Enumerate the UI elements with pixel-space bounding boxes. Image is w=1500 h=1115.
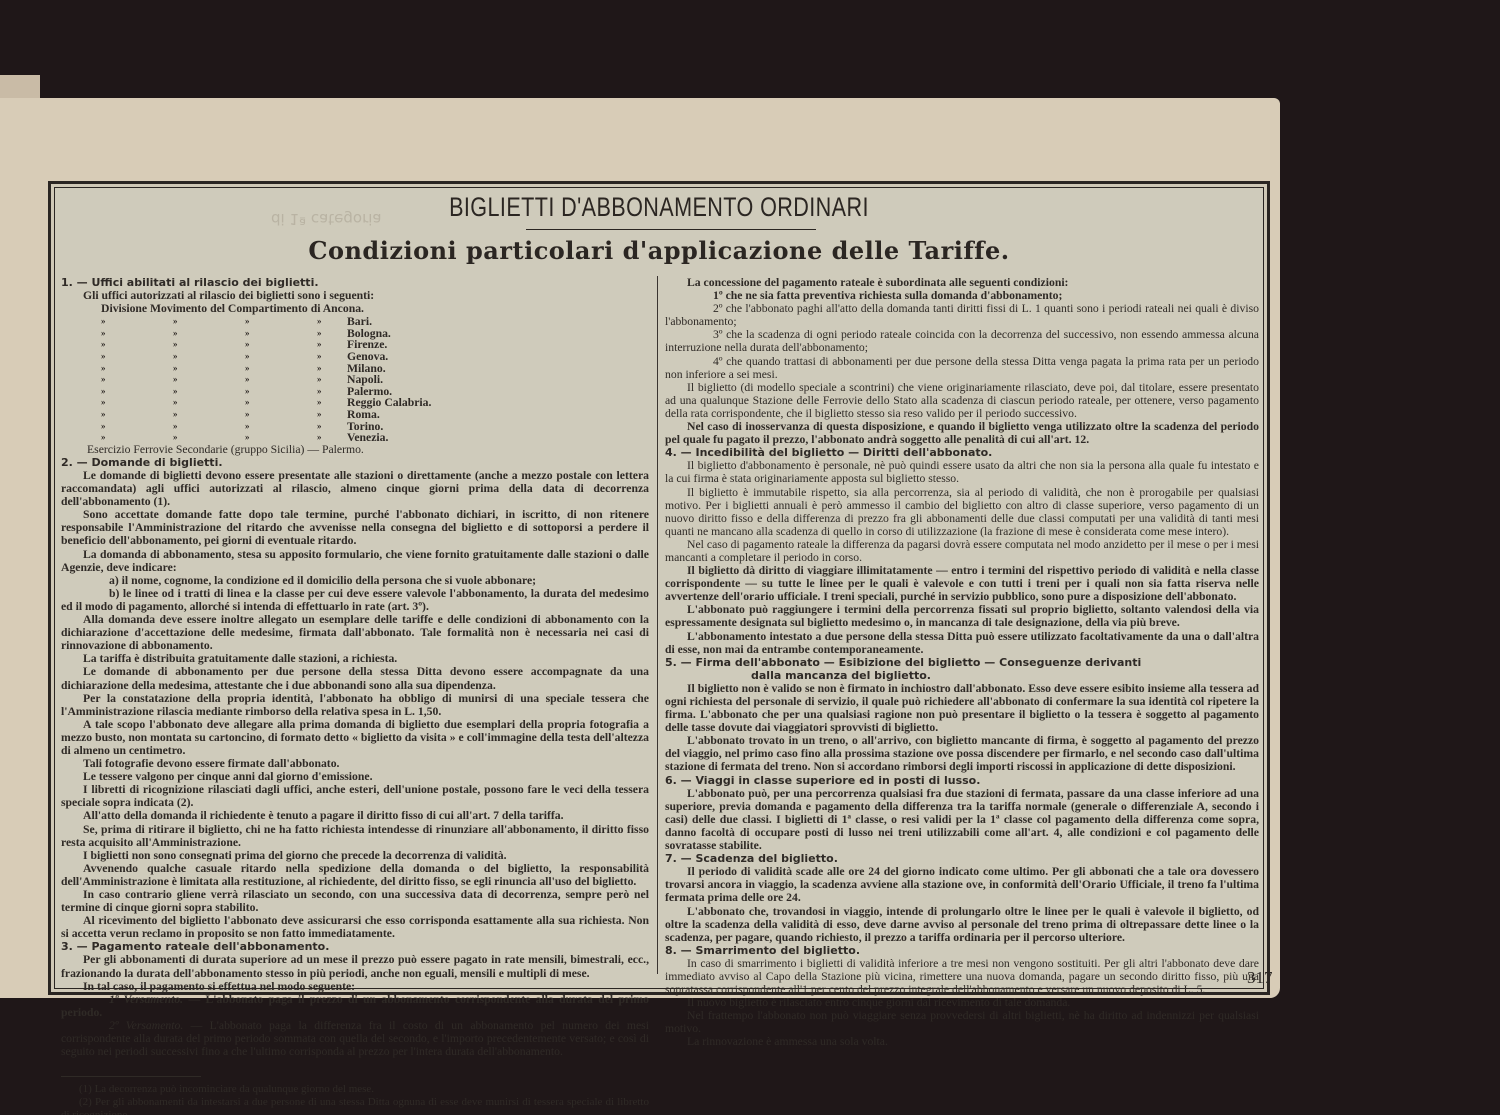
office-row: »»»»Bari.	[101, 315, 649, 327]
paragraph: La tariffa è distribuita gratuitamente d…	[61, 652, 649, 665]
office-row: »»»»Torino.	[101, 420, 649, 432]
page-frame: di 1ª categoria BIGLIETTI D'ABBONAMENTO …	[48, 181, 1270, 995]
paragraph: Nel caso di pagamento rateale la differe…	[665, 538, 1259, 564]
section-heading: 5. — Firma dell'abbonato — Esibizione de…	[665, 656, 1259, 669]
paragraph: Tali fotografie devono essere firmate da…	[61, 757, 649, 770]
paragraph: 2º Versamento. — L'abbonato paga la diff…	[61, 1019, 649, 1058]
section-heading: 6. — Viaggi in classe superiore ed in po…	[665, 774, 1259, 787]
paragraph: La rinnovazione è ammessa una sola volta…	[665, 1035, 1259, 1048]
paragraph: Alla domanda deve essere inoltre allegat…	[61, 613, 649, 652]
paragraph: Nel caso di inosservanza di questa dispo…	[665, 420, 1259, 446]
office-row: »»»»Venezia.	[101, 431, 649, 443]
office-row: »»»»Napoli.	[101, 373, 649, 385]
office-list: »»»»Bari. »»»»Bologna. »»»»Firenze. »»»»…	[101, 315, 649, 443]
left-column: 1. — Uffici abilitati al rilascio dei bi…	[61, 276, 649, 1115]
paragraph: A tale scopo l'abbonato deve allegare al…	[61, 718, 649, 757]
paragraph: Se, prima di ritirare il biglietto, chi …	[61, 823, 649, 849]
paragraph: I libretti di ricognizione rilasciati da…	[61, 783, 649, 809]
title-rule	[526, 229, 816, 230]
office-row: »»»»Milano.	[101, 362, 649, 374]
paragraph: Sono accettate domande fatte dopo tale t…	[61, 508, 649, 547]
paragraph: Al ricevimento del biglietto l'abbonato …	[61, 914, 649, 940]
paragraph: Esercizio Ferrovie Secondarie (gruppo Si…	[61, 443, 649, 456]
office-row: »»»»Firenze.	[101, 338, 649, 350]
section-heading: 4. — Incedibilità del biglietto — Diritt…	[665, 446, 1259, 459]
paragraph: Avvenendo qualche casuale ritardo nella …	[61, 862, 649, 888]
paragraph: Il periodo di validità scade alle ore 24…	[665, 865, 1259, 904]
footnote: (1) La decorrenza può incominciare da qu…	[61, 1083, 649, 1096]
paragraph: In caso di smarrimento i biglietti di va…	[665, 957, 1259, 996]
list-item: 2º che l'abbonato paghi all'atto della d…	[665, 302, 1259, 328]
paragraph: Le tessere valgono per cinque anni dal g…	[61, 770, 649, 783]
office-row: »»»»Palermo.	[101, 385, 649, 397]
paragraph: L'abbonato trovato in un treno, o all'ar…	[665, 734, 1259, 773]
list-item: 3º che la scadenza di ogni periodo ratea…	[665, 328, 1259, 354]
column-divider	[657, 276, 658, 974]
paragraph: Il biglietto (di modello speciale a scon…	[665, 381, 1259, 420]
section-heading: 1. — Uffici abilitati al rilascio dei bi…	[61, 276, 649, 289]
section-heading-continued: dalla mancanza del biglietto.	[751, 669, 1259, 682]
list-item: a) il nome, cognome, la condizione ed il…	[61, 574, 649, 587]
paragraph: La domanda di abbonamento, stesa su appo…	[61, 548, 649, 574]
office-row: »»»»Reggio Calabria.	[101, 396, 649, 408]
paragraph: Per la constatazione della propria ident…	[61, 692, 649, 718]
office-row: »»»»Roma.	[101, 408, 649, 420]
right-column: La concessione del pagamento rateale è s…	[665, 276, 1259, 1049]
paragraph: Per gli abbonamenti di durata superiore …	[61, 953, 649, 979]
paragraph: In tal caso, il pagamento si effettua ne…	[61, 980, 649, 993]
paragraph: Il biglietto è immutabile rispetto, sia …	[665, 486, 1259, 538]
paragraph: L'abbonato che, trovandosi in viaggio, i…	[665, 905, 1259, 944]
paragraph: Il biglietto d'abbonamento è personale, …	[665, 459, 1259, 485]
paragraph: I biglietti non sono consegnati prima de…	[61, 849, 649, 862]
paragraph: L'abbonato può raggiungere i termini del…	[665, 603, 1259, 629]
paragraph: La concessione del pagamento rateale è s…	[665, 276, 1259, 289]
office-row: »»»»Bologna.	[101, 327, 649, 339]
book-page: di 1ª categoria BIGLIETTI D'ABBONAMENTO …	[0, 98, 1280, 998]
paragraph: Gli uffici autorizzati al rilascio dei b…	[61, 289, 649, 302]
paragraph: Le domande di biglietti devono essere pr…	[61, 469, 649, 508]
list-item: b) le linee od i tratti di linea e la cl…	[61, 587, 649, 613]
footnote: (2) Per gli abbonamenti da intestarsi a …	[61, 1096, 649, 1115]
section-heading: 2. — Domande di biglietti.	[61, 456, 649, 469]
office-row: »»»»Genova.	[101, 350, 649, 362]
footnote-rule	[61, 1076, 201, 1077]
paragraph: Il biglietto dà diritto di viaggiare ill…	[665, 564, 1259, 603]
page-number: 317	[1247, 968, 1273, 988]
paragraph: Nel frattempo l'abbonato non può viaggia…	[665, 1009, 1259, 1035]
paragraph: L'abbonato può, per una percorrenza qual…	[665, 787, 1259, 852]
paragraph: Il nuovo biglietto è rilasciato entro ci…	[665, 996, 1259, 1009]
page-title: BIGLIETTI D'ABBONAMENTO ORDINARI	[181, 192, 1138, 223]
paragraph: In caso contrario gliene verrà rilasciat…	[61, 888, 649, 914]
list-item: 1º che ne sia fatta preventiva richiesta…	[665, 289, 1259, 302]
paragraph: Il biglietto non è valido se non è firma…	[665, 682, 1259, 734]
paragraph: Divisione Movimento del Compartimento di…	[61, 302, 649, 315]
paragraph: All'atto della domanda il richiedente è …	[61, 809, 649, 822]
section-heading: 3. — Pagamento rateale dell'abbonamento.	[61, 940, 649, 953]
section-heading: 8. — Smarrimento del biglietto.	[665, 944, 1259, 957]
section-heading: 7. — Scadenza del biglietto.	[665, 852, 1259, 865]
paragraph: Le domande di abbonamento per due person…	[61, 665, 649, 691]
list-item: 4º che quando trattasi di abbonamenti pe…	[665, 355, 1259, 381]
page-subtitle: Condizioni particolari d'applicazione de…	[61, 236, 1257, 265]
paragraph: 1º Versamento. — L'abbonato paga il prez…	[61, 993, 649, 1019]
paragraph: L'abbonamento intestato a due persone de…	[665, 630, 1259, 656]
